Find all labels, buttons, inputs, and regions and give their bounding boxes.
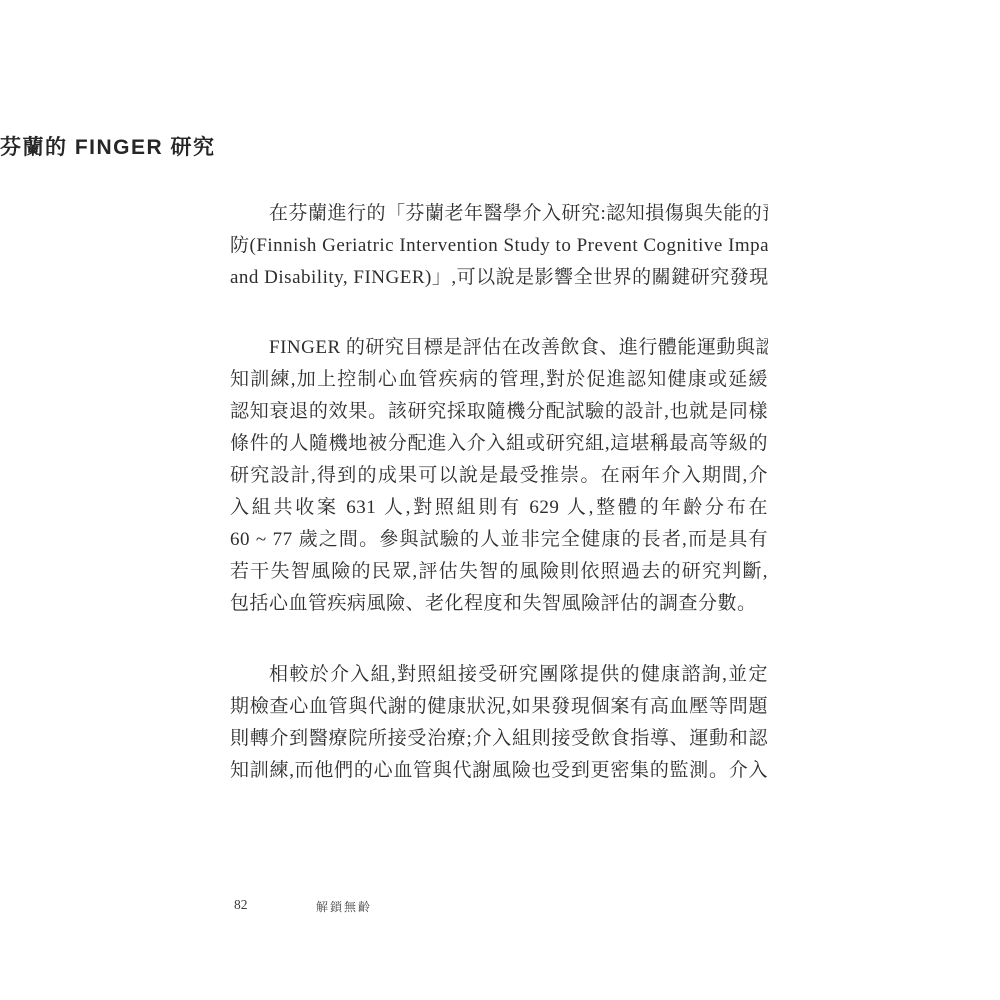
text-line: 包括心血管疾病風險、老化程度和失智風險評估的調查分數。 (230, 588, 768, 620)
section-heading: 芬蘭的 FINGER 研究 (0, 131, 216, 161)
text-line: 期檢查心血管與代謝的健康狀況,如果發現個案有高血壓等問題 (230, 691, 768, 723)
text-line: 相較於介入組,對照組接受研究團隊提供的健康諮詢,並定 (230, 659, 768, 691)
text-line: 若干失智風險的民眾,評估失智的風險則依照過去的研究判斷, (230, 556, 768, 588)
text-line: 認知衰退的效果。該研究採取隨機分配試驗的設計,也就是同樣 (230, 396, 768, 428)
text-line: 則轉介到醫療院所接受治療;介入組則接受飲食指導、運動和認 (230, 723, 768, 755)
text-line: 入組共收案 631 人,對照組則有 629 人,整體的年齡分布在 (230, 492, 768, 524)
paragraph-1: 在芬蘭進行的「芬蘭老年醫學介入研究:認知損傷與失能的預 防(Finnish Ge… (230, 198, 768, 294)
text-line: 在芬蘭進行的「芬蘭老年醫學介入研究:認知損傷與失能的預 (230, 198, 768, 230)
text-line: 研究設計,得到的成果可以說是最受推崇。在兩年介入期間,介 (230, 460, 768, 492)
paragraph-2: FINGER 的研究目標是評估在改善飲食、進行體能運動與認 知訓練,加上控制心血… (230, 332, 768, 620)
text-line: 知訓練,而他們的心血管與代謝風險也受到更密集的監測。介入 (230, 755, 768, 787)
paragraph-3: 相較於介入組,對照組接受研究團隊提供的健康諮詢,並定 期檢查心血管與代謝的健康狀… (230, 659, 768, 787)
text-line: 60 ~ 77 歲之間。參與試驗的人並非完全健康的長者,而是具有 (230, 524, 768, 556)
page-number: 82 (234, 897, 248, 913)
book-page: 芬蘭的 FINGER 研究 在芬蘭進行的「芬蘭老年醫學介入研究:認知損傷與失能的… (0, 0, 1000, 1000)
text-line: 條件的人隨機地被分配進入介入組或研究組,這堪稱最高等級的 (230, 428, 768, 460)
text-line: and Disability, FINGER)」,可以說是影響全世界的關鍵研究發… (230, 262, 768, 294)
text-line: FINGER 的研究目標是評估在改善飲食、進行體能運動與認 (230, 332, 768, 364)
text-line: 防(Finnish Geriatric Intervention Study t… (230, 230, 768, 262)
text-line: 知訓練,加上控制心血管疾病的管理,對於促進認知健康或延緩 (230, 364, 768, 396)
running-title: 解鎖無齡 (316, 898, 372, 915)
